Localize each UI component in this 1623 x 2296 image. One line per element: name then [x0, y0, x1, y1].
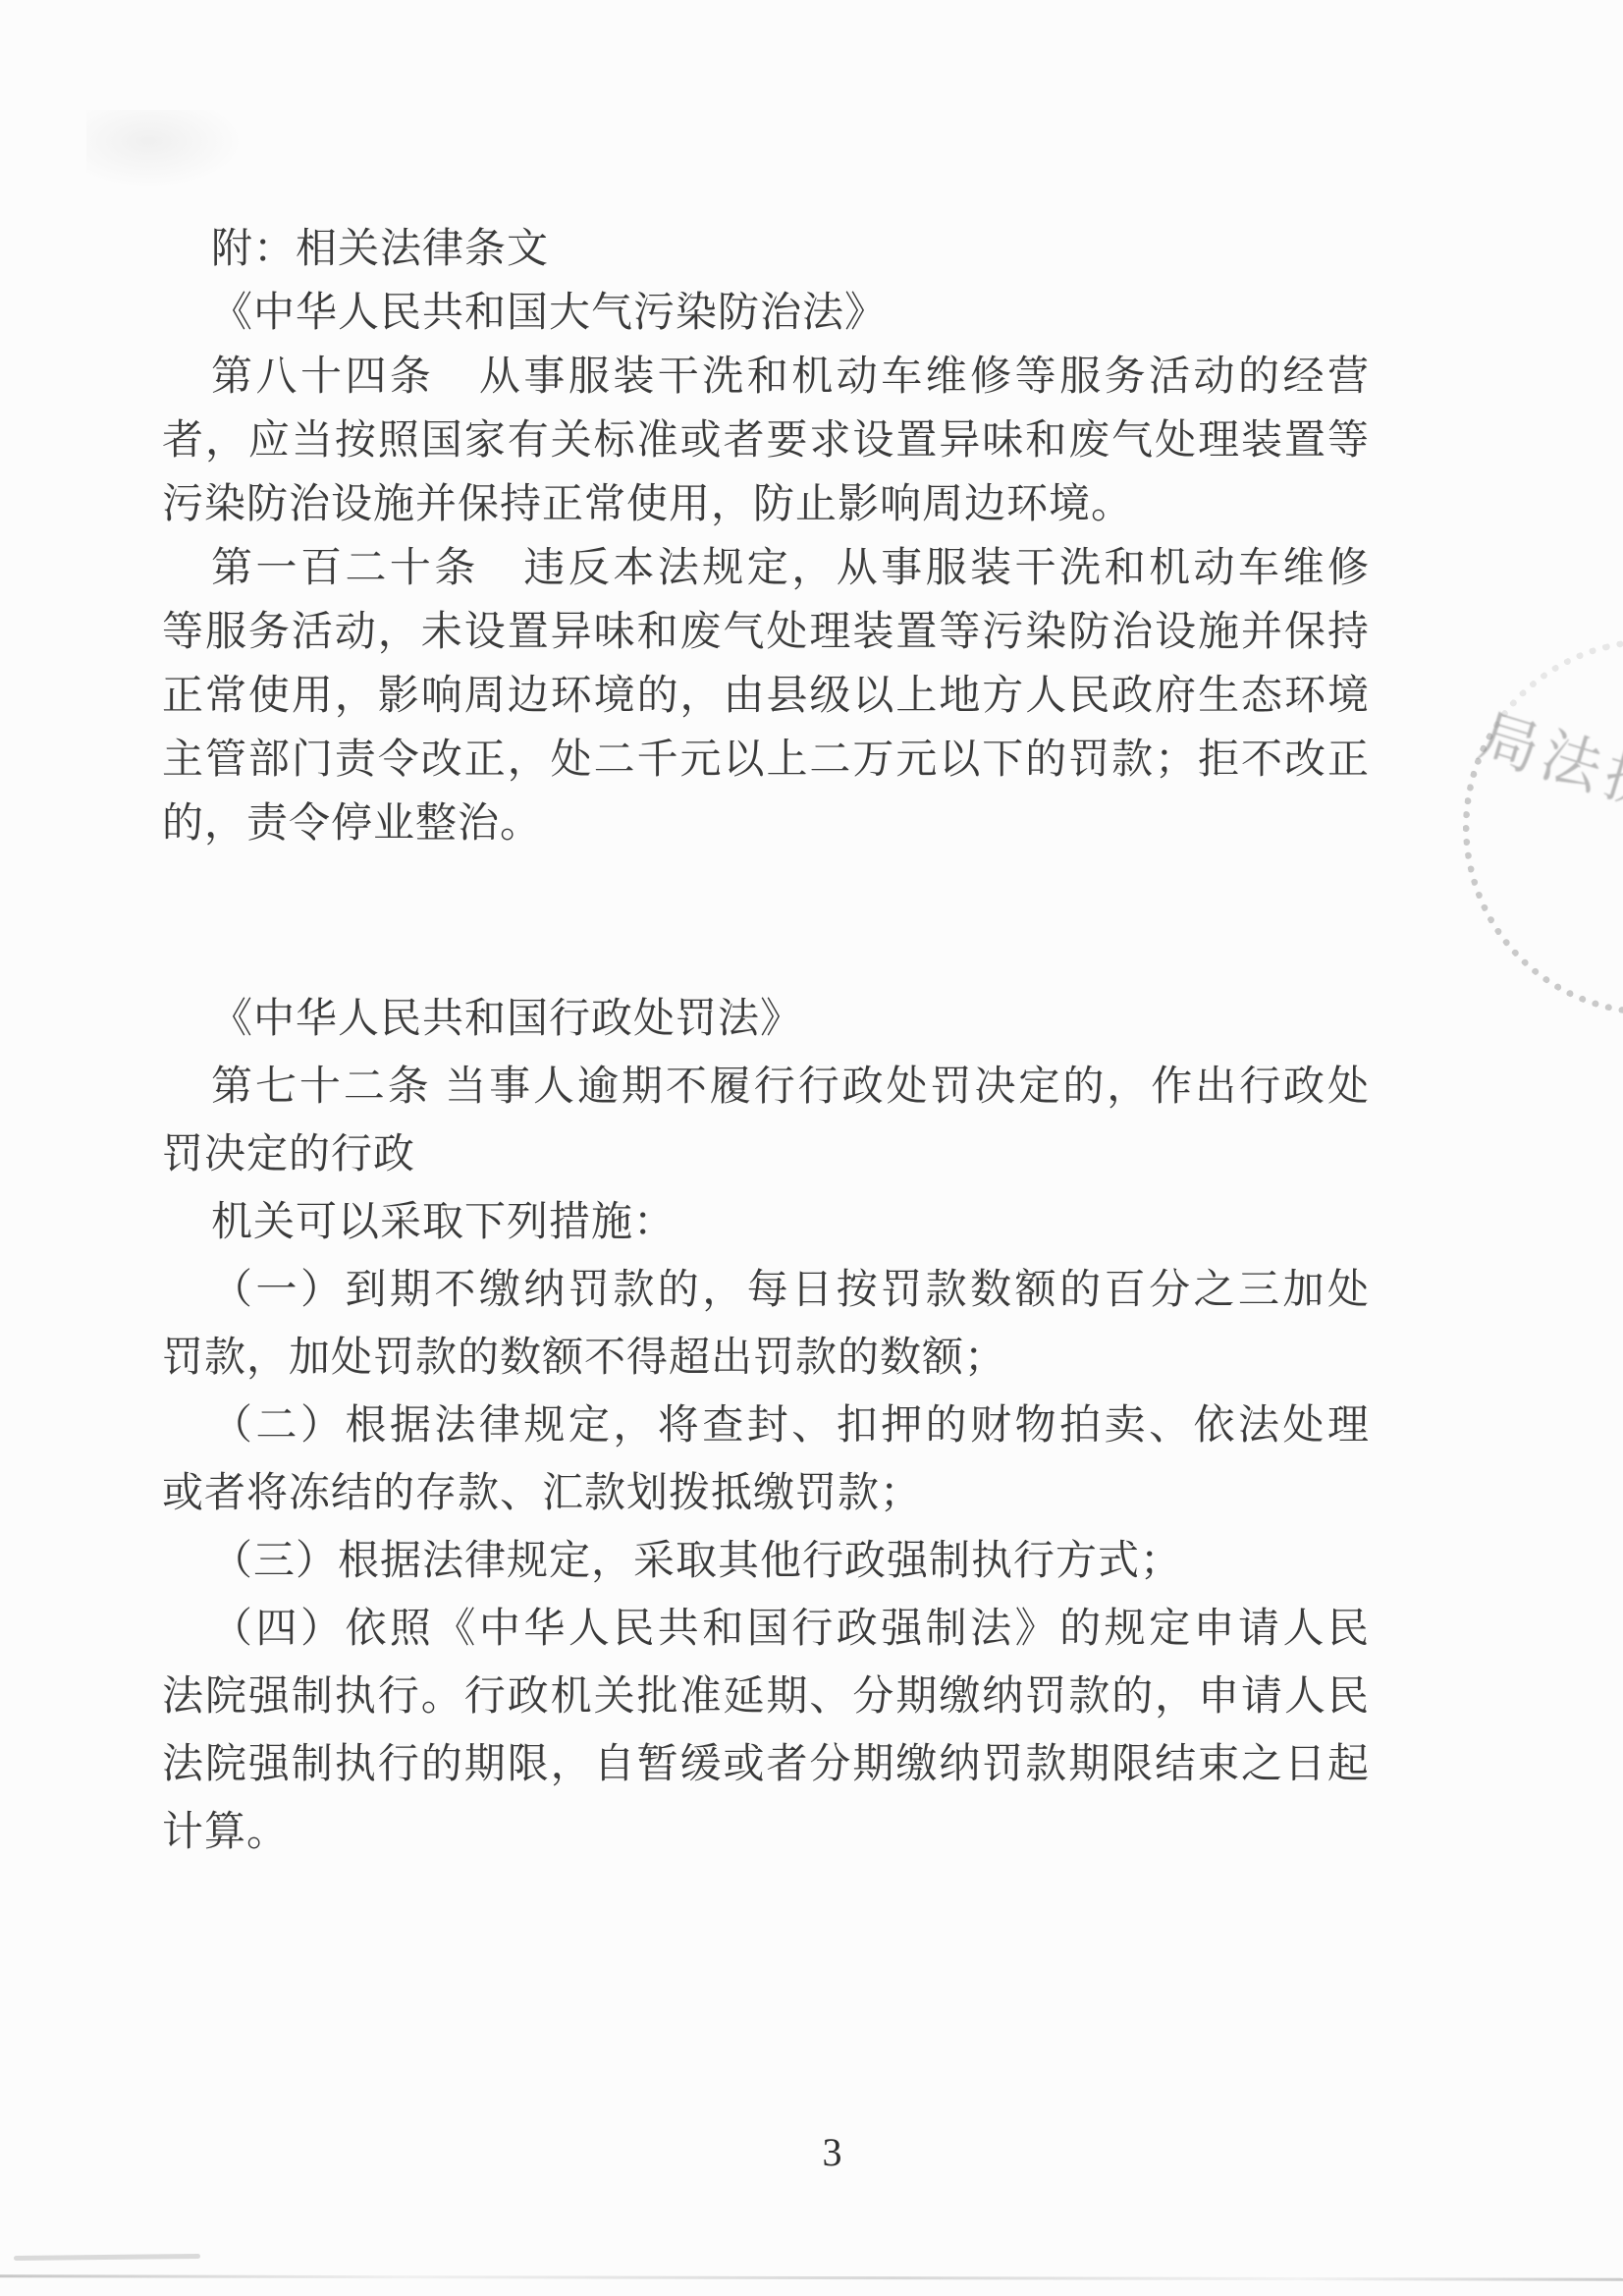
text-line: （三）根据法律规定，采取其他行政强制执行方式； — [162, 1528, 1370, 1596]
text-line: 罚款，加处罚款的数额不得超出罚款的数额； — [162, 1325, 1370, 1393]
text-line: 法院强制执行。行政机关批准延期、分期缴纳罚款的，申请人民 — [162, 1664, 1370, 1731]
page-number: 3 — [0, 2129, 1623, 2176]
scan-artifact — [14, 2254, 200, 2261]
scanned-document-page: 附：相关法律条文 《中华人民共和国大气污染防治法》 第八十四条 从事服装干洗和机… — [0, 0, 1623, 2296]
text-line: 第一百二十条 违反本法规定，从事服装干洗和机动车维修 — [162, 537, 1370, 601]
text-line: （四）依照《中华人民共和国行政强制法》的规定申请人民 — [162, 1596, 1370, 1664]
text-line: 的，责令停业整治。 — [162, 793, 1370, 856]
text-line: 主管部门责令改正，处二千元以上二万元以下的罚款；拒不改正 — [162, 729, 1370, 793]
scan-edge-line — [0, 2274, 1623, 2280]
text-line: 正常使用，影响周边环境的，由县级以上地方人民政府生态环境 — [162, 665, 1370, 729]
text-line: 机关可以采取下列措施： — [162, 1189, 1370, 1257]
text-line: （一）到期不缴纳罚款的，每日按罚款数额的百分之三加处 — [162, 1257, 1370, 1325]
text-line: 罚决定的行政 — [162, 1121, 1370, 1189]
stamp-ring — [1423, 598, 1623, 1055]
text-line: 等服务活动，未设置异味和废气处理装置等污染防治设施并保持 — [162, 601, 1370, 665]
text-line: 或者将冻结的存款、汇款划拨抵缴罚款； — [162, 1460, 1370, 1528]
text-line: （二）根据法律规定，将查封、扣押的财物拍卖、依法处理 — [162, 1393, 1370, 1460]
text-line: 计算。 — [162, 1799, 1370, 1867]
section-air-pollution-law: 附：相关法律条文 《中华人民共和国大气污染防治法》 第八十四条 从事服装干洗和机… — [162, 218, 1370, 856]
text-line: 污染防治设施并保持正常使用，防止影响周边环境。 — [162, 473, 1370, 537]
text-line: 者，应当按照国家有关标准或者要求设置异味和废气处理装置等 — [162, 410, 1370, 473]
text-line: 法院强制执行的期限，自暂缓或者分期缴纳罚款期限结束之日起 — [162, 1731, 1370, 1799]
law-title-administrative-penalty: 《中华人民共和国行政处罚法》 — [162, 986, 1370, 1054]
section-administrative-penalty-law: 《中华人民共和国行政处罚法》 第七十二条 当事人逾期不履行行政处罚决定的，作出行… — [162, 986, 1370, 1867]
text-line: 第七十二条 当事人逾期不履行行政处罚决定的，作出行政处 — [162, 1054, 1370, 1121]
law-title-air-pollution: 《中华人民共和国大气污染防治法》 — [162, 282, 1370, 346]
text-line: 第八十四条 从事服装干洗和机动车维修等服务活动的经营 — [162, 346, 1370, 410]
scan-smudge — [86, 110, 243, 189]
attachment-heading: 附：相关法律条文 — [162, 218, 1370, 282]
